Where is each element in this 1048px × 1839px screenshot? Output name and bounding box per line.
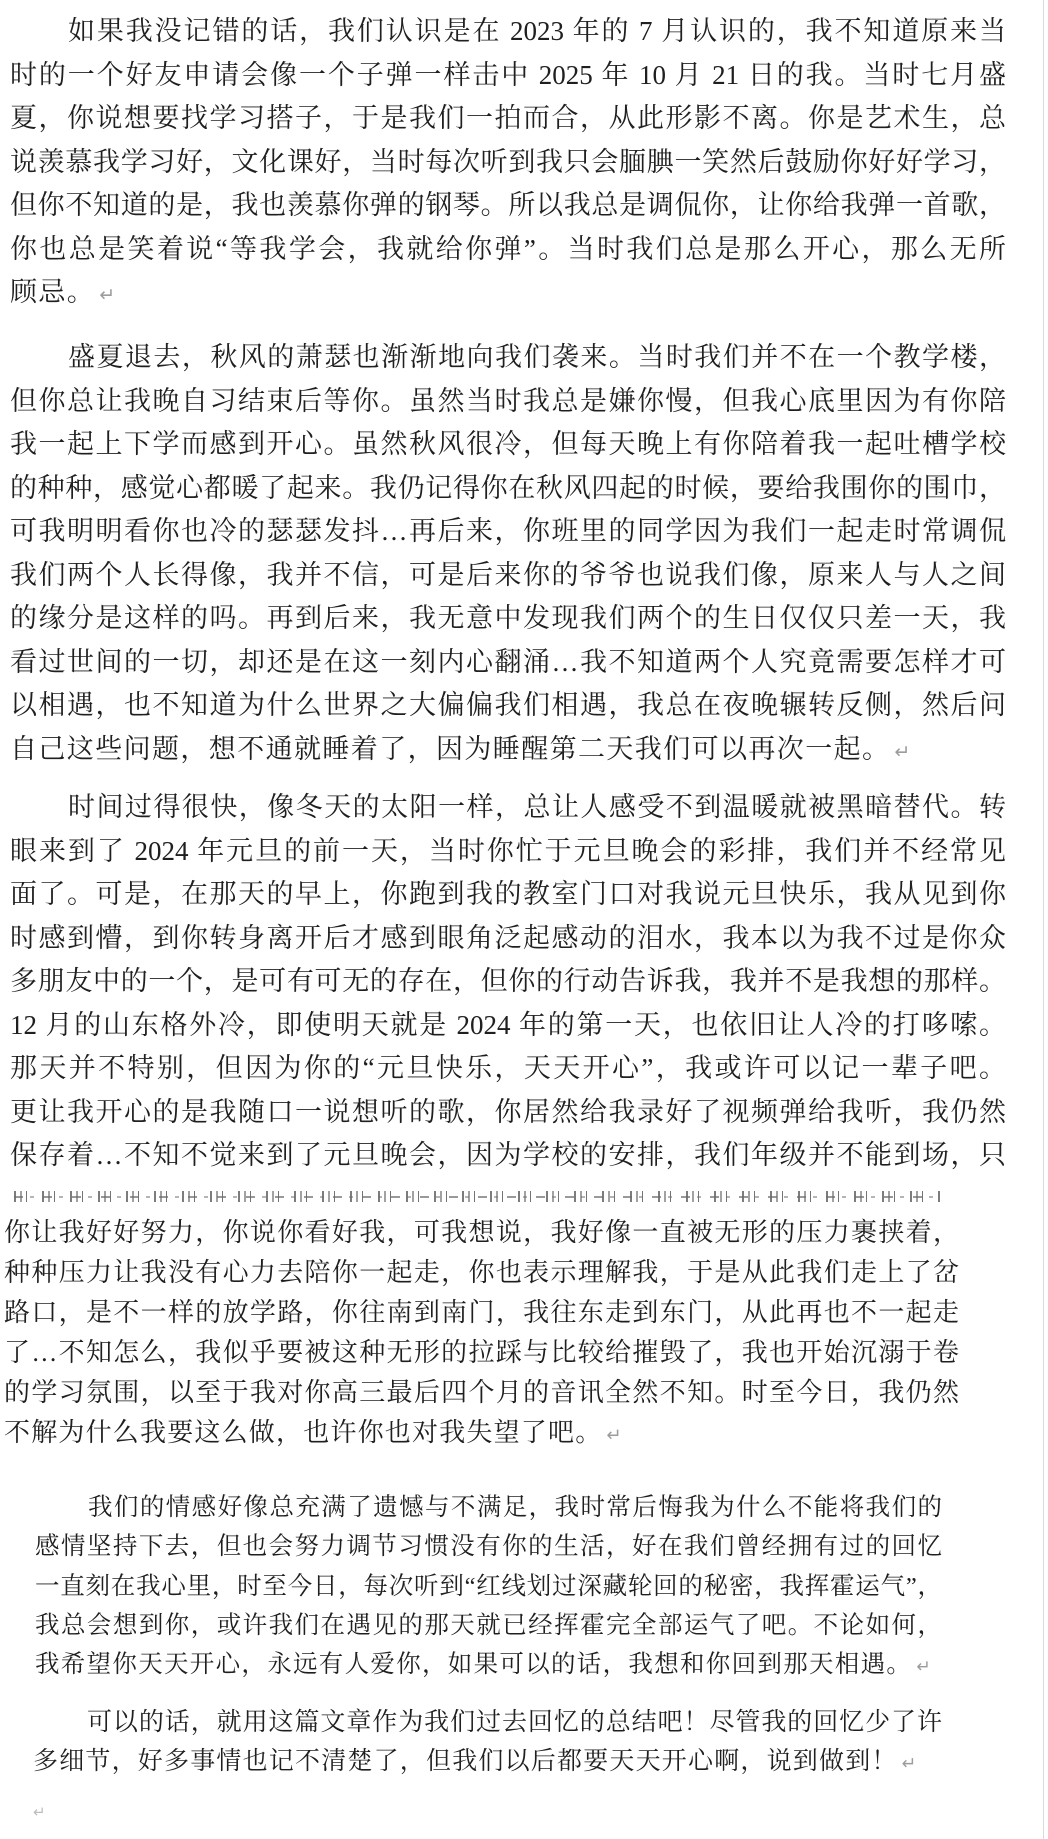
text-line: 面了。可是，在那天的早上，你跑到我的教室门口对我说元旦快乐，我从见到你 <box>10 873 1006 917</box>
text-line: 以相遇，也不知道为什么世界之大偏偏我们相遇，我总在夜晚辗转反侧，然后问 <box>10 684 1006 728</box>
paragraph: 如果我没记错的话，我们认识是在 2023 年的 7 月认识的，我不知道原来当 时… <box>10 10 1006 315</box>
empty-paragraph-mark-icon: ↵ <box>33 1803 46 1821</box>
text-line: 你也总是笑着说“等我学会，我就给你弹”。当时我们总是那么开心，那么无所 <box>10 228 1006 272</box>
text-line: 你让我好好努力，你说你看好我，可我想说，我好像一直被无形的压力裹挟着， <box>4 1213 959 1253</box>
text-line: 那天并不特别，但因为你的“元旦快乐，天天开心”，我或许可以记一辈子吧。 <box>10 1047 1006 1091</box>
text-line-last: 我希望你天天开心，永远有人爱你，如果可以的话，我想和你回到那天相遇。↵ <box>35 1645 942 1684</box>
line-text: 我希望你天天开心，永远有人爱你，如果可以的话，我想和你回到那天相遇。 <box>35 1651 912 1678</box>
paragraph: 可以的话，就用这篇文章作为我们过去回忆的总结吧！尽管我的回忆少了许 多细节，好多… <box>33 1703 942 1781</box>
paragraph: 你让我好好努力，你说你看好我，可我想说，我好像一直被无形的压力裹挟着， 种种压力… <box>4 1213 959 1453</box>
paragraph-mark-icon: ↵ <box>99 284 115 306</box>
paragraph-mark-icon: ↵ <box>894 741 910 763</box>
text-line: 看过世间的一切，却还是在这一刻内心翻涌…我不知道两个人究竟需要怎样才可 <box>10 641 1006 685</box>
paragraph-mark-icon: ↵ <box>916 1657 930 1677</box>
text-line: 但你不知道的是，我也羡慕你弹的钢琴。所以我总是调侃你，让你给我弹一首歌， <box>10 184 1006 228</box>
text-line: 更让我开心的是我随口一说想听的歌，你居然给我录好了视频弹给我听，我仍然 <box>10 1091 1006 1135</box>
paragraph: 盛夏退去，秋风的萧瑟也渐渐地向我们袭来。当时我们并不在一个教学楼， 但你总让我晚… <box>10 336 1006 771</box>
line-text: 顾忌。 <box>10 277 95 307</box>
paragraph-mark-icon: ↵ <box>606 1425 621 1446</box>
text-line: 了…不知怎么，我似乎要被这种无形的拉踩与比较给摧毁了，我也开始沉溺于卷 <box>4 1333 959 1373</box>
paragraph: 时间过得很快，像冬天的太阳一样，总让人感受不到温暖就被黑暗替代。转 眼来到了 2… <box>10 786 1006 1178</box>
text-line: 的学习氛围，以至于我对你高三最后四个月的音讯全然不知。时至今日，我仍然 <box>4 1373 959 1413</box>
text-line-last: 自己这些问题，想不通就睡着了，因为睡醒第二天我们可以再次一起。↵ <box>10 728 1006 772</box>
text-line: 多朋友中的一个，是可有可无的存在，但你的行动告诉我，我并不是我想的那样。 <box>10 960 1006 1004</box>
page-right-edge <box>1043 0 1044 1839</box>
text-line: 盛夏退去，秋风的萧瑟也渐渐地向我们袭来。当时我们并不在一个教学楼， <box>10 336 1006 380</box>
text-line: 保存着…不知不觉来到了元旦晚会，因为学校的安排，我们年级并不能到场，只 <box>10 1134 1006 1178</box>
text-line: 的缘分是这样的吗。再到后来，我无意中发现我们两个的生日仅仅只差一天，我 <box>10 597 1006 641</box>
text-line: 可以的话，就用这篇文章作为我们过去回忆的总结吧！尽管我的回忆少了许 <box>33 1703 942 1742</box>
text-line: 我总会想到你，或许我们在遇见的那天就已经挥霍完全部运气了吧。不论如何， <box>35 1606 942 1645</box>
text-line: 我们的情感好像总充满了遗憾与不满足，我时常后悔我为什么不能将我们的 <box>35 1488 942 1527</box>
text-line-last: 多细节，好多事情也记不清楚了，但我们以后都要天天开心啊，说到做到！↵ <box>33 1742 942 1781</box>
text-line: 我一起上下学而感到开心。虽然秋风很冷，但每天晚上有你陪着我一起吐槽学校 <box>10 423 1006 467</box>
text-line: 的种种，感觉心都暖了起来。我仍记得你在秋风四起的时候，要给我围你的围巾， <box>10 467 1006 511</box>
text-line: 但你总让我晚自习结束后等你。虽然当时我总是嫌你慢，但我心底里因为有你陪 <box>10 380 1006 424</box>
paragraph: 我们的情感好像总充满了遗憾与不满足，我时常后悔我为什么不能将我们的 感情坚持下去… <box>35 1488 942 1684</box>
line-text: 自己这些问题，想不通就睡着了，因为睡醒第二天我们可以再次一起。 <box>10 734 890 764</box>
text-line: 我们两个人长得像，我并不信，可是后来你的爷爷也说我们像，原来人与人之间 <box>10 554 1006 598</box>
text-line: 时的一个好友申请会像一个子弹一样击中 2025 年 10 月 21 日的我。当时… <box>10 54 1006 98</box>
line-text: 多细节，好多事情也记不清楚了，但我们以后都要天天开心啊，说到做到！ <box>33 1748 898 1775</box>
text-line: 12 月的山东格外冷，即使明天就是 2024 年的第一天，也依旧让人冷的打哆嗦。 <box>10 1004 1006 1048</box>
clipped-text-line <box>14 1191 940 1202</box>
text-line: 时感到懵，到你转身离开后才感到眼角泛起感动的泪水，我本以为我不过是你众 <box>10 917 1006 961</box>
text-line: 感情坚持下去，但也会努力调节习惯没有你的生活，好在我们曾经拥有过的回忆 <box>35 1527 942 1566</box>
text-line: 路口，是不一样的放学路，你往南到南门，我往东走到东门，从此再也不一起走 <box>4 1293 959 1333</box>
document-page[interactable]: 如果我没记错的话，我们认识是在 2023 年的 7 月认识的，我不知道原来当 时… <box>0 0 1048 1839</box>
text-line: 一直刻在我心里，时至今日，每次听到“红线划过深藏轮回的秘密，我挥霍运气”， <box>35 1567 942 1606</box>
paragraph-mark-icon: ↵ <box>902 1754 917 1774</box>
text-line: 说羡慕我学习好，文化课好，当时每次听到我只会腼腆一笑然后鼓励你好好学习， <box>10 141 1006 185</box>
text-line: 夏，你说想要找学习搭子，于是我们一拍而合，从此形影不离。你是艺术生，总 <box>10 97 1006 141</box>
text-line-last: 不解为什么我要这么做，也许你也对我失望了吧。↵ <box>4 1413 959 1453</box>
line-text: 不解为什么我要这么做，也许你也对我失望了吧。 <box>4 1418 602 1447</box>
text-line-last: 顾忌。↵ <box>10 271 1006 315</box>
text-line: 眼来到了 2024 年元旦的前一天，当时你忙于元旦晚会的彩排，我们并不经常见 <box>10 830 1006 874</box>
text-line: 种种压力让我没有心力去陪你一起走，你也表示理解我，于是从此我们走上了岔 <box>4 1253 959 1293</box>
text-line: 可我明明看你也冷的瑟瑟发抖…再后来，你班里的同学因为我们一起走时常调侃 <box>10 510 1006 554</box>
text-line: 时间过得很快，像冬天的太阳一样，总让人感受不到温暖就被黑暗替代。转 <box>10 786 1006 830</box>
text-line: 如果我没记错的话，我们认识是在 2023 年的 7 月认识的，我不知道原来当 <box>10 10 1006 54</box>
